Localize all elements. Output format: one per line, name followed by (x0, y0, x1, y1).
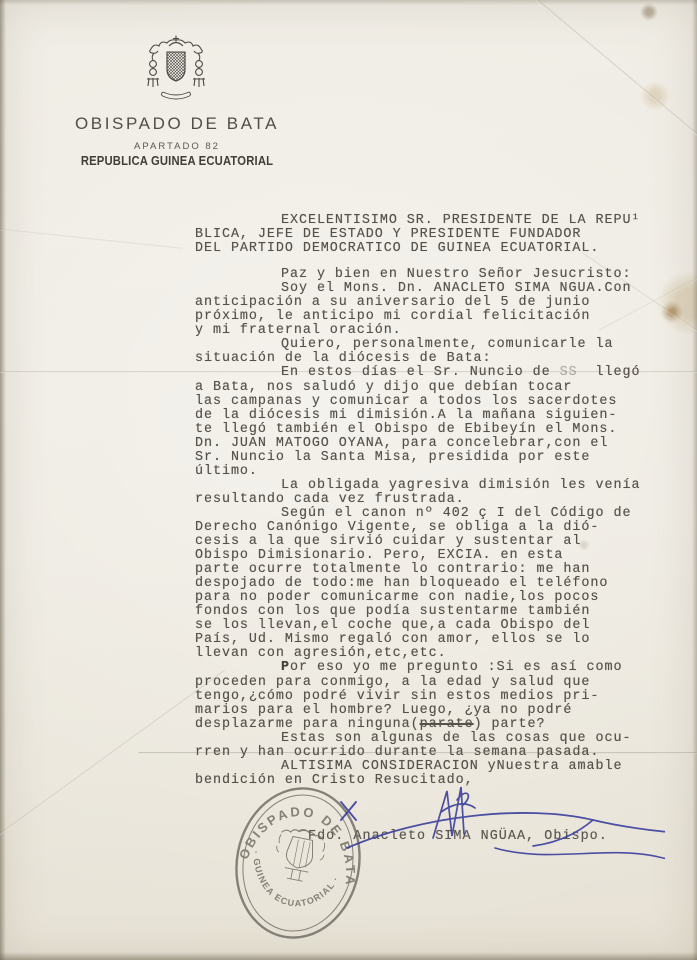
letter-line: País, Ud. Mismo regaló con amor, ellos s… (195, 633, 647, 647)
letter-body: EXCELENTISIMO SR. PRESIDENTE DE LA REPU¹… (195, 214, 647, 788)
letter-line: Por eso yo me pregunto :Si es así como (195, 661, 647, 675)
letter-line: Obispo Dimisionario. Pero, EXCIA. en est… (195, 549, 647, 563)
letterhead-po-box: APARTADO 82 (57, 141, 297, 152)
letter-line: proceden para conmigo, a la edad y salud… (195, 676, 647, 690)
letter-line: cesis a la que sirvió cuidar y sustentar… (195, 535, 647, 549)
scanned-letter-page: OBISPADO DE BATA APARTADO 82 REPUBLICA G… (0, 0, 697, 960)
letter-line: se los llevan,el coche que,a cada Obispo… (195, 619, 647, 633)
paper-crease (0, 670, 226, 848)
letter-line: despojado de todo:me han bloqueado el te… (195, 577, 647, 591)
letter-line: BLICA, JEFE DE ESTADO Y PRESIDENTE FUNDA… (195, 228, 647, 242)
letter-line: las campanas y comunicar a todos los sac… (195, 395, 647, 409)
letter-line: resultando cada vez frustrada. (195, 493, 647, 507)
episcopal-crest-icon (141, 34, 211, 108)
paper-edge-top (0, 0, 697, 5)
letter-line: último. (195, 465, 647, 479)
letter-line: tengo,¿cómo podré vivir sin estos medios… (195, 690, 647, 704)
letter-line: Estas son algunas de las cosas que ocu- (195, 732, 647, 746)
letter-line: Quiero, personalmente, comunicarle la (195, 338, 647, 352)
letter-line: ALTISIMA CONSIDERACION yNuestra amable (195, 760, 647, 774)
letter-line: de la diócesis mi dimisión.A la mañana s… (195, 409, 647, 423)
letter-line: te llegó también el Obispo de Ebibeyín e… (195, 423, 647, 437)
letter-line: DEL PARTIDO DEMOCRATICO DE GUINEA ECUATO… (195, 242, 647, 256)
letter-line: desplazarme para ninguna(parate) parte? (195, 718, 647, 732)
letter-line: situación de la diócesis de Bata: (195, 352, 647, 366)
letterhead-organization: OBISPADO DE BATA (57, 114, 297, 134)
letter-line: próximo, le anticipo mi cordial felicita… (195, 310, 647, 324)
paper-edge-right (692, 0, 697, 960)
letter-line: Dn. JUAN MATOGO OYANA, para concelebrar,… (195, 437, 647, 451)
letter-line: para no poder comunicarme con nadie,los … (195, 591, 647, 605)
letter-line: fondos con los que podía sustentarme tam… (195, 605, 647, 619)
letter-line: rren y han ocurrido durante la semana pa… (195, 746, 647, 760)
letter-line: anticipación a su aniversario del 5 de j… (195, 296, 647, 310)
letter-line: Sr. Nuncio la Santa Misa, presidida por … (195, 451, 647, 465)
letter-line: llevan con agresión,etc,etc. (195, 647, 647, 661)
letter-line: En estos días el Sr. Nuncio de SS llegó (195, 366, 647, 380)
letterhead-country: REPUBLICA GUINEA ECUATORIAL (69, 154, 285, 168)
letter-line: a Bata, nos saludó y dijo que debían toc… (195, 381, 647, 395)
letter-line: EXCELENTISIMO SR. PRESIDENTE DE LA REPU¹ (195, 214, 647, 228)
letter-line: La obligada yagresiva dimisión les venía (195, 479, 647, 493)
letter-line: parte ocurre totalmente lo contrario: me… (195, 563, 647, 577)
letter-line: marios para el hombre? Luego, ¿ya no pod… (195, 704, 647, 718)
letter-line: Soy el Mons. Dn. ANACLETO SIMA NGUA.Con (195, 282, 647, 296)
handwritten-signature (195, 778, 665, 878)
letter-line: Según el canon nº 402 ç I del Código de (195, 507, 647, 521)
letter-line: Paz y bien en Nuestro Señor Jesucristo: (195, 268, 647, 282)
letter-line: Derecho Canónigo Vigente, se obliga a la… (195, 521, 647, 535)
paper-crease (535, 0, 697, 147)
letter-line: y mi fraternal oración. (195, 324, 647, 338)
paper-crease (0, 228, 183, 250)
paper-edge-left (0, 0, 6, 960)
